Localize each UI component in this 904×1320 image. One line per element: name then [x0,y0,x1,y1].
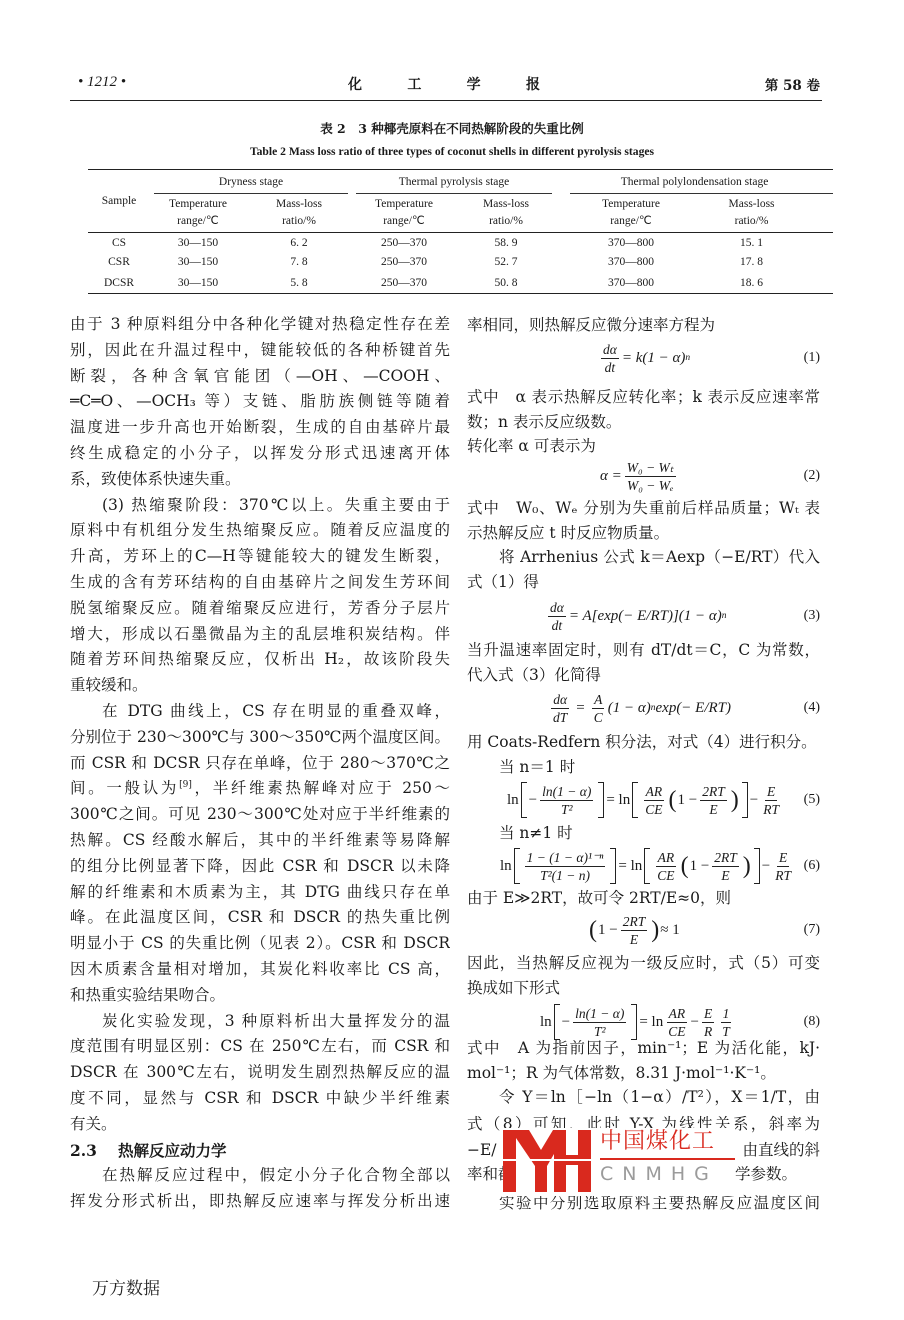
minus-sign: − [750,792,758,809]
table-group-header-row: Sample Dryness stage Thermal pyrolysis s… [88,170,833,195]
exponent: n [722,611,727,621]
text-line: 挥发分形式析出，即热解反应速率与挥发分析出速 [70,1189,450,1215]
fraction: ARCE [655,850,676,883]
text-line: 当升温速率固定时，则有 dT/dt＝C，C 为常数， [467,637,820,663]
exponent: n [685,353,690,363]
text-line: 脱氢缩聚反应。随着缩聚反应进行，芳香分子层片 [70,596,450,622]
equation-number: (1) [804,350,820,366]
text-line: 代入式（3）化简得 [467,662,820,688]
fraction: ARCE [643,784,664,817]
table-caption-cn: 表 2 3 种椰壳原料在不同热解阶段的失重比例 [0,119,904,137]
text-line: 炭化实验发现，3 种原料析出大量挥发分的温 [70,1009,450,1035]
table-cell: 15. 1 [706,233,833,253]
section-title: 热解反应动力学 [118,1141,227,1160]
text-line: 断裂，各种含氧官能团（—OH、—COOH、 [70,364,450,390]
page-number: • 1212 • [78,74,126,91]
equation-term: 1 − [678,792,698,809]
fraction: 2RTE [621,914,648,947]
text-line: 300℃之间。可见 230～300℃处对应于半纤维素的 [70,802,450,828]
minus-sign: − [762,858,770,875]
text-line: 和热重实验结果吻合。 [70,983,450,1009]
left-bracket [632,782,638,818]
equation-number: (7) [804,922,820,938]
text-line: 式中 W₀、Wₑ 分别为失重前后样品质量；Wₜ 表 [467,495,820,521]
equation-6: ln 1 − (1 − α)¹⁻ⁿT²(1 − n) = ln ARCE ( 1… [467,846,820,886]
equation-rhs: ≈ 1 [660,922,679,939]
column-header: Mass-lossratio/% [246,194,352,233]
fraction: dαdt [548,600,566,633]
text-line: 令 Y＝ln［−ln（1−α）/T²），X＝1/T，由 [467,1084,820,1110]
column-header: Temperaturerange/℃ [352,194,456,233]
text-line: 式（1）得 [467,569,820,595]
equation-5: ln − ln(1 − α)T² = ln ARCE ( 1 − 2RTE ) … [467,780,820,820]
text-line: 而 CSR 和 DCSR 只存在单峰，位于 280～370℃之 [70,751,450,777]
ln-operator: ln [540,1014,552,1031]
volume-label: 第 58 卷 [765,74,820,94]
table-row: CS 30—150 6. 2 250—370 58. 9 370—800 15.… [88,233,833,253]
minus-sign: − [562,1014,570,1031]
text-line: 式中 α 表示热解反应转化率；k 表示反应速率常 [467,384,820,410]
journal-title-char: 工 [407,74,421,94]
text-line: 有关。 [70,1112,450,1138]
table-cell: 30—150 [150,233,246,253]
equation-lhs: α = [600,468,622,485]
table-cell: 17. 8 [706,253,833,273]
text-line: 式中 A 为指前因子，min⁻¹；E 为活化能，kJ· [467,1035,820,1061]
text-line: 热解。CS 经酸水解后，其中的半纤维素等易降解 [70,828,450,854]
text-line: 因木质素含量相对增加，其炭化料收率比 CS 高， [70,957,450,983]
text-line: (3) 热缩聚阶段：370℃以上。失重主要由于 [70,493,450,519]
text-line: 重较缓和。 [70,673,450,699]
equation-term: 1 − [598,922,618,939]
equation-number: (3) [804,608,820,624]
table-cell: 370—800 [556,272,706,294]
fraction: AC [592,692,605,725]
cnmhg-watermark: 中国煤化工 CNMHG [503,1128,735,1196]
right-bracket [598,782,604,818]
left-bracket [521,782,527,818]
equals-ln: = ln [618,858,642,875]
equation-rhs: = k(1 − α) [622,350,686,367]
column-header: Temperaturerange/℃ [556,194,706,233]
left-paren: ( [681,854,689,878]
text-line: 别，因此在升温过程中，键能较低的各种桥键首先 [70,338,450,364]
section-heading: 2.3热解反应动力学 [70,1138,450,1164]
table-cell: 6. 2 [246,233,352,253]
table-cell: 50. 8 [456,272,556,294]
text-line: 当 n≠1 时 [467,820,820,846]
text-line: ═C═O、—OCH₃ 等）支链、脂肪族侧链等随着 [70,389,450,415]
text-line: 率相同，则热解反应微分速率方程为 [467,312,820,338]
equation-term: exp(− E/RT) [656,700,732,717]
text-line: 温度进一步升高也开始断裂，生成的自由基碎片最 [70,415,450,441]
minus-sign: − [691,1014,699,1031]
right-bracket [610,848,616,884]
table-row: CSR 30—150 7. 8 250—370 52. 7 370—800 17… [88,253,833,273]
text-line: 解的纤维素和木质素为主，其 DTG 曲线只存在单 [70,880,450,906]
equation-number: (8) [804,1014,820,1030]
text-fragment: ，半纤维素热解峰对应于 250～ [192,779,450,797]
text-line: 由于 3 种原料组分中各种化学键对热稳定性存在差 [70,312,450,338]
journal-title-char: 学 [467,74,481,94]
watermark-cn-text: 中国煤化工 [600,1129,715,1155]
equation-number: (2) [804,468,820,484]
text-line: 明显小于 CS 的失重比例（见表 2）。CSR 和 DSCR [70,931,450,957]
fraction: ln(1 − α)T² [573,1006,626,1039]
column-header: Temperaturerange/℃ [150,194,246,233]
text-line: 升高，芳环上的C—H等键能较大的键发生断裂， [70,544,450,570]
table-cell: 370—800 [556,253,706,273]
equals-sign: = [576,700,584,717]
text-line: 转化率 α 可表示为 [467,433,820,459]
table-cell: 7. 8 [246,253,352,273]
text-fragment: −E/ [467,1141,497,1159]
fraction: W₀ − WₜW₀ − Wₑ [625,460,676,493]
text-line: 的组分比例显著下降，因此 CSR 和 DSCR 以未降 [70,854,450,880]
sample-header: Sample [88,170,150,233]
right-bracket [754,848,760,884]
text-line: 度不同，显然与 CSR 和 DSCR 中缺少半纤维素 [70,1086,450,1112]
fraction: dαdt [601,342,619,375]
equation-3: dαdt = A[exp(− E/RT)](1 − α)n (3) [467,600,820,632]
table-cell: 250—370 [352,272,456,294]
source-footer: 万方数据 [92,1274,160,1299]
equation-term: 1 − [690,858,710,875]
group-header-polycondensation: Thermal polylondensation stage [556,170,833,195]
citation-ref: [9] [179,780,192,790]
text-fragment: 间。一般认为 [70,779,179,797]
text-fragment: 学参数。 [735,1161,797,1187]
table-cell: 18. 6 [706,272,833,294]
table-cell: 30—150 [150,272,246,294]
ln-operator: ln [500,858,512,875]
text-line: 换成如下形式 [467,975,820,1001]
text-line: 由于 E≫2RT，故可令 2RT/E≈0，则 [467,885,820,911]
right-paren: ) [651,918,659,942]
table-cell: DCSR [88,272,150,294]
watermark-en-text: CNMHG [600,1161,718,1187]
table-caption-en: Table 2 Mass loss ratio of three types o… [0,145,904,158]
text-line: 用 Coats-Redfern 积分法，对式（4）进行积分。 [467,729,820,755]
left-paren: ( [669,788,677,812]
text-line: 系，致使体系快速失重。 [70,467,450,493]
text-line: 生成的含有芳环结构的自由基碎片之间发生芳环间 [70,570,450,596]
equals-ln: = ln [606,792,630,809]
table-cell: 370—800 [556,233,706,253]
equation-1: dαdt = k(1 − α)n (1) [467,342,820,374]
equation-number: (4) [804,700,820,716]
equation-number: (6) [804,858,820,874]
text-line: mol⁻¹；R 为气体常数，8.31 J·mol⁻¹·K⁻¹。 [467,1060,820,1086]
text-line: 终生成稳定的小分子，以挥发分形式迅速离开体 [70,441,450,467]
text-line: 数；n 表示反应级数。 [467,409,820,435]
journal-title: 化 工 学 报 [348,74,540,94]
text-line: 因此，当热解反应视为一级反应时，式（5）可变 [467,950,820,976]
table-cell: 5. 8 [246,272,352,294]
table-subheader-row: Temperaturerange/℃ Mass-lossratio/% Temp… [88,194,833,233]
right-paren: ) [731,788,739,812]
fraction: 1 − (1 − α)¹⁻ⁿT²(1 − n) [525,850,606,883]
minus-sign: − [529,792,537,809]
fraction: 2RTE [712,850,739,883]
text-line: 原料中有机组分发生热缩聚反应。随着反应温度的 [70,518,450,544]
left-bracket [514,848,520,884]
mass-loss-table: Sample Dryness stage Thermal pyrolysis s… [88,169,833,294]
fraction: ER [702,1006,714,1039]
group-header-dryness: Dryness stage [150,170,352,195]
equation-number: (5) [804,792,820,808]
table-cell: 250—370 [352,233,456,253]
equation-2: α = W₀ − WₜW₀ − Wₑ (2) [467,459,820,493]
equation-7: ( 1 − 2RTE ) ≈ 1 (7) [467,912,820,948]
journal-title-char: 报 [526,74,540,94]
equals-ln: = ln [639,1014,663,1031]
paper-page: • 1212 • 化 工 学 报 第 58 卷 表 2 3 种椰壳原料在不同热解… [0,0,904,1320]
text-line: 度范围有明显区别：CS 在 250℃左右，而 CSR 和 [70,1034,450,1060]
right-bracket [742,782,748,818]
text-line: 分别位于 230～300℃与 300～350℃两个温度区间。 [70,725,450,751]
text-line: 峰。在此温度区间，CSR 和 DSCR 的热失重比例 [70,905,450,931]
table-cell: CS [88,233,150,253]
fraction: ln(1 − α)T² [540,784,593,817]
equation-4: dαdT = AC (1 − α)n exp(− E/RT) (4) [467,691,820,725]
left-paren: ( [589,918,597,942]
right-paren: ) [743,854,751,878]
equation-rhs: = A[exp(− E/RT)](1 − α) [569,608,722,625]
fraction: 1T [720,1006,732,1039]
equation-term: (1 − α) [608,700,651,717]
text-line: 将 Arrhenius 公式 k＝Aexp（−E/RT）代入 [467,544,820,570]
header-rule [70,100,822,101]
group-header-pyrolysis: Thermal pyrolysis stage [352,170,556,195]
table-cell: 58. 9 [456,233,556,253]
text-line: 当 n＝1 时 [467,754,820,780]
text-line: 随着芳环间热缩聚反应，仅析出 H₂，故该阶段失 [70,647,450,673]
fraction: ERT [773,850,793,883]
text-line: DSCR 在 300℃左右，说明发生剧烈热解反应的温 [70,1060,450,1086]
section-number: 2.3 [70,1138,118,1164]
fraction: dαdT [551,692,569,725]
column-header: Mass-lossratio/% [706,194,833,233]
fraction: ARCE [666,1006,687,1039]
table-cell: CSR [88,253,150,273]
text-line: 增大，形成以石墨微晶为主的乱层堆积炭结构。伴 [70,622,450,648]
left-bracket [644,848,650,884]
table-row: DCSR 30—150 5. 8 250—370 50. 8 370—800 1… [88,272,833,294]
table-cell: 30—150 [150,253,246,273]
journal-title-char: 化 [348,74,362,94]
text-line-with-citation: 间。一般认为[9]，半纤维素热解峰对应于 250～ [70,776,450,802]
fraction: ERT [761,784,781,817]
left-text-column: 由于 3 种原料组分中各种化学键对热稳定性存在差 别，因此在升温过程中，键能较低… [70,312,450,1215]
fraction: 2RTE [700,784,727,817]
mh-logo-icon [503,1130,591,1192]
table-cell: 52. 7 [456,253,556,273]
column-header: Mass-lossratio/% [456,194,556,233]
text-line: 在热解反应过程中，假定小分子化合物全部以 [70,1163,450,1189]
ln-operator: ln [507,792,519,809]
text-line: 示热解反应 t 时反应物质量。 [467,520,820,546]
text-line: 在 DTG 曲线上，CS 存在明显的重叠双峰， [70,699,450,725]
table-cell: 250—370 [352,253,456,273]
watermark-divider [600,1158,735,1160]
